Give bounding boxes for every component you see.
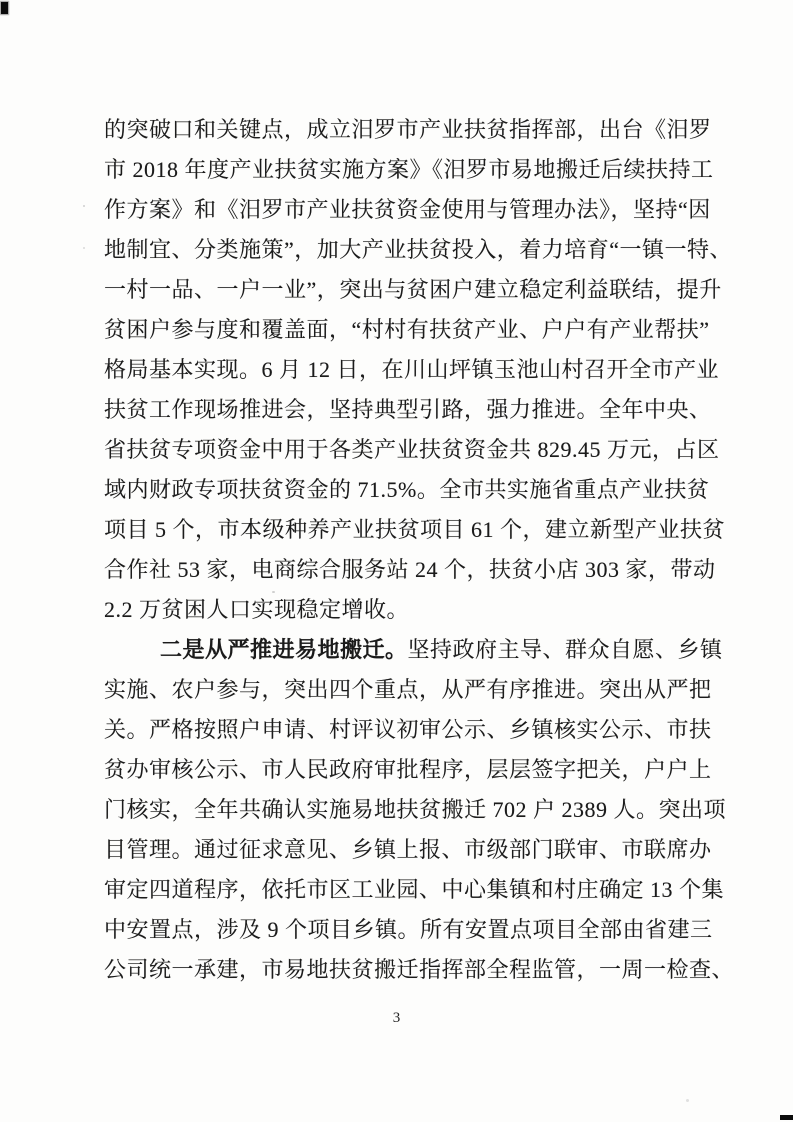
text-line-paragraph-start: 二是从严推进易地搬迁。坚持政府主导、群众自愿、乡镇 xyxy=(104,630,704,670)
text-line: 合作社 53 家，电商综合服务站 24 个，扶贫小店 303 家，带动 xyxy=(104,550,704,590)
text-line: 的突破口和关键点，成立汨罗市产业扶贫指挥部，出台《汨罗 xyxy=(104,110,704,150)
text-line: 域内财政专项扶贫资金的 71.5%。全市共实施省重点产业扶贫 xyxy=(104,470,704,510)
text-line: 地制宜、分类施策”，加大产业扶贫投入，着力培育“一镇一特、 xyxy=(104,230,704,270)
scan-artifact-top-left xyxy=(1,2,8,14)
text-line: 中安置点，涉及 9 个项目乡镇。所有安置点项目全部由省建三 xyxy=(104,910,704,950)
text-line: 一村一品、一户一业”，突出与贫困户建立稳定利益联结，提升 xyxy=(104,270,704,310)
text-line: 格局基本实现。6 月 12 日，在川山坪镇玉池山村召开全市产业 xyxy=(104,350,704,390)
scan-speck xyxy=(686,1099,689,1102)
text-line: 贫办审核公示、市人民政府审批程序，层层签字把关，户户上 xyxy=(104,750,704,790)
text-line: 实施、农户参与，突出四个重点，从严有序推进。突出从严把 xyxy=(104,670,704,710)
scan-speck xyxy=(83,247,85,249)
page-number: 3 xyxy=(0,1008,793,1028)
text-line: 公司统一承建，市易地扶贫搬迁指挥部全程监管，一周一检查、 xyxy=(104,950,704,990)
text-line: 门核实，全年共确认实施易地扶贫搬迁 702 户 2389 人。突出项 xyxy=(104,790,704,830)
scan-speck xyxy=(83,205,85,207)
text-line: 作方案》和《汨罗市产业扶贫资金使用与管理办法》，坚持“因 xyxy=(104,190,704,230)
text-line: 市 2018 年度产业扶贫实施方案》《汨罗市易地搬迁后续扶持工 xyxy=(104,150,704,190)
text-line: 扶贫工作现场推进会，坚持典型引路，强力推进。全年中央、 xyxy=(104,390,704,430)
text-run: 坚持政府主导、群众自愿、乡镇 xyxy=(408,637,723,662)
scan-artifact-bottom-right xyxy=(780,1115,793,1120)
text-line-paragraph-end: 2.2 万贫困人口实现稳定增收。 xyxy=(104,590,704,630)
text-line: 省扶贫专项资金中用于各类产业扶贫资金共 829.45 万元，占区 xyxy=(104,430,704,470)
scanned-document-page: 的突破口和关键点，成立汨罗市产业扶贫指挥部，出台《汨罗 市 2018 年度产业扶… xyxy=(0,0,793,1122)
document-body: 的突破口和关键点，成立汨罗市产业扶贫指挥部，出台《汨罗 市 2018 年度产业扶… xyxy=(104,110,704,990)
text-line: 贫困户参与度和覆盖面，“村村有扶贫产业、户户有产业帮扶” xyxy=(104,310,704,350)
text-line: 项目 5 个，市本级种养产业扶贫项目 61 个，建立新型产业扶贫 xyxy=(104,510,704,550)
section-heading-bold: 二是从严推进易地搬迁。 xyxy=(160,637,408,662)
text-line: 审定四道程序，依托市区工业园、中心集镇和村庄确定 13 个集 xyxy=(104,870,704,910)
text-line: 目管理。通过征求意见、乡镇上报、市级部门联审、市联席办 xyxy=(104,830,704,870)
text-line: 关。严格按照户申请、村评议初审公示、乡镇核实公示、市扶 xyxy=(104,710,704,750)
